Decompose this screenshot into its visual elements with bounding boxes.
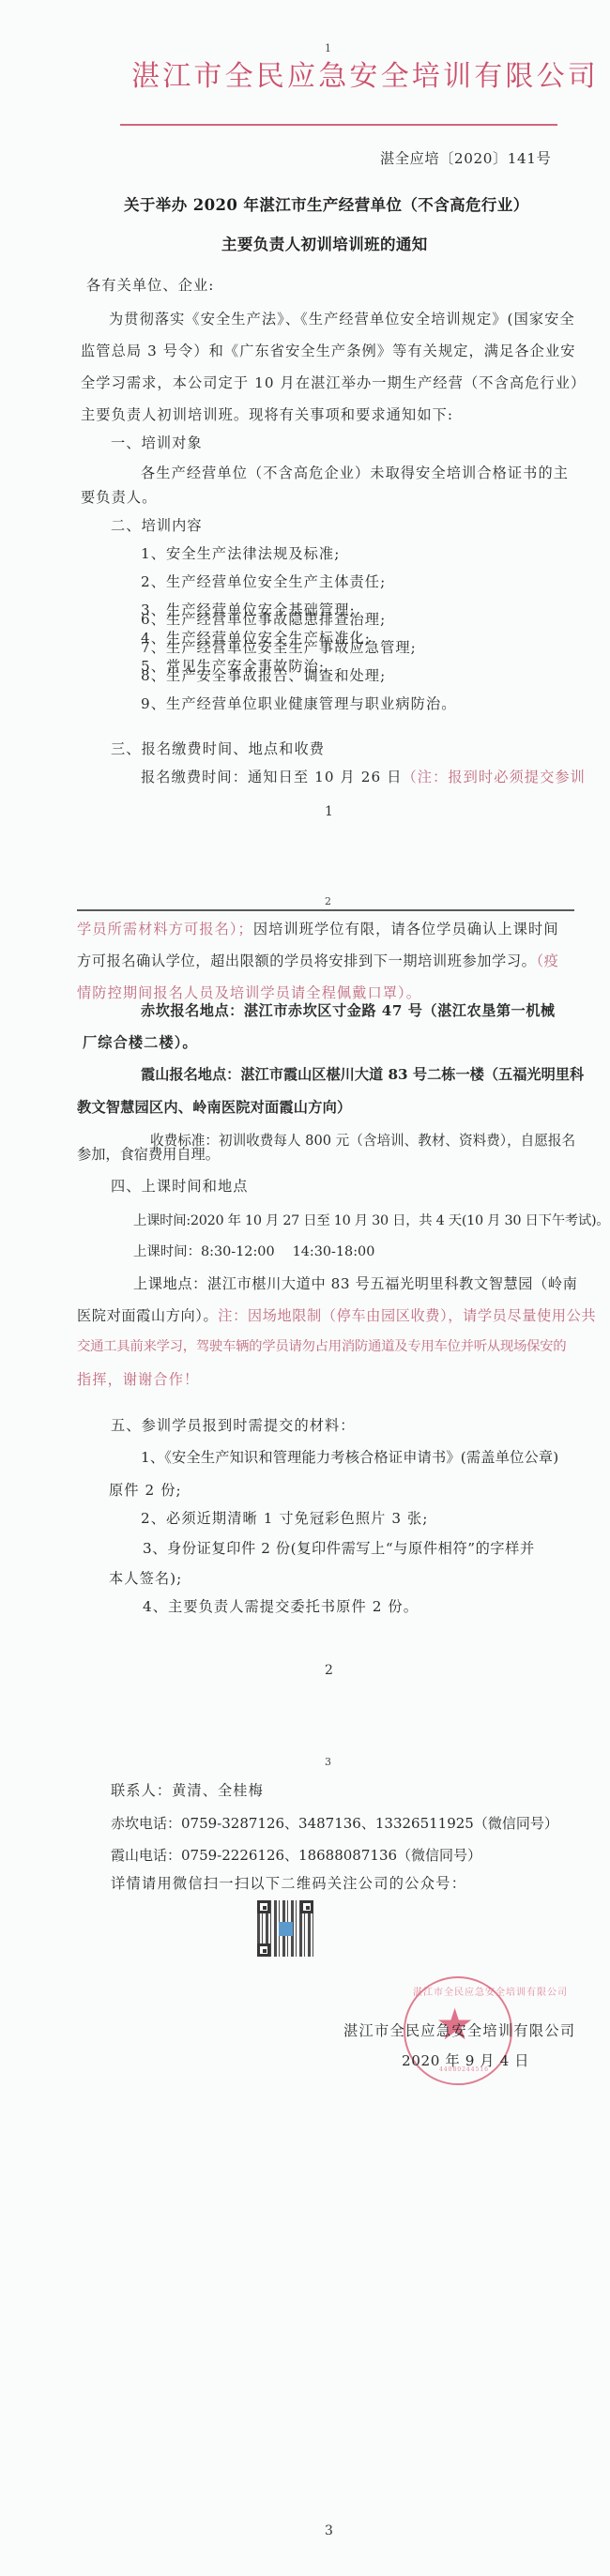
- intro-line: 全学习需求，本公司定于 10 月在湛江举办一期生产经营（不含高危行业）: [81, 373, 586, 392]
- wechat-prompt: 详情请用微信扫一扫以下二维码关注公司的公众号：: [111, 1874, 466, 1893]
- qr-finder-icon: [257, 1900, 270, 1913]
- signature-company: 湛江市全民应急安全培训有限公司: [343, 2021, 575, 2040]
- parking-note-cont: 指挥，谢谢合作！: [77, 1370, 199, 1389]
- list-item-6: 6、生产经营单位事故隐患排查治理;: [141, 610, 386, 629]
- section-heading: 三、报名缴费时间、地点和收费: [111, 739, 325, 758]
- wechat-qr-code[interactable]: [257, 1900, 313, 1957]
- material-item-cont: 原件 2 份;: [109, 1481, 182, 1500]
- registration-note-cont: 学员所需材料方可报名）；: [77, 921, 253, 937]
- seat-limit-line2: 方可报名确认学位，超出限额的学员将安排到下一期培训班参加学习。（疫: [77, 952, 558, 970]
- mask-note-line2: 情防控期间报名人员及培训学员请全程佩戴口罩）。: [77, 983, 421, 1002]
- section-body: 各生产经营单位（不含高危企业）未取得安全培训合格证书的主: [141, 464, 569, 482]
- material-item-cont: 本人签名);: [109, 1569, 182, 1588]
- intro-line: 主要负责人初训培训班。现将有关事项和要求通知如下:: [81, 405, 453, 424]
- list-item-9: 9、生产经营单位职业健康管理与职业病防治。: [141, 694, 457, 713]
- registration-continued: 学员所需材料方可报名）；因培训班学位有限，请各位学员确认上课时间: [77, 920, 559, 938]
- page-number-footer: 2: [325, 1663, 333, 1678]
- page-number-footer: 3: [325, 2523, 333, 2538]
- xiashan-location: 霞山报名地点：湛江市霞山区椹川大道 83 号二栋一楼（五福光明里科: [141, 1065, 584, 1084]
- qr-finder-icon: [257, 1943, 270, 1957]
- document-title-line1: 关于举办 2020 年湛江市生产经营单位（不含高危行业）: [124, 195, 529, 216]
- document-number: 湛全应培〔2020〕141号: [380, 149, 551, 168]
- class-hours: 上课时间：8:30-12:00 14:30-18:00: [133, 1242, 374, 1261]
- section-heading: 二、培训内容: [111, 516, 203, 535]
- contact-persons: 联系人：黄清、全桂梅: [111, 1781, 264, 1800]
- seat-limit-text: 因培训班学位有限，请各位学员确认上课时间: [253, 921, 559, 937]
- qr-logo-icon: [279, 1922, 293, 1936]
- page-1: [0, 0, 610, 858]
- list-item: 2、生产经营单位安全生产主体责任;: [141, 572, 386, 591]
- intro-line: 为贯彻落实《安全生产法》、《生产经营单位安全培训规定》(国家安全: [109, 310, 575, 328]
- mask-note: （疫: [536, 953, 558, 969]
- parking-note-cont: 交通工具前来学习，驾驶车辆的学员请勿占用消防通道及专用车位并听从现场保安的: [77, 1337, 566, 1356]
- fee-standard-cont: 参加，食宿费用自理。: [77, 1145, 220, 1164]
- class-venue-cont: 医院对面霞山方向）。注：因场地限制（停车由园区收费），请学员尽量使用公共: [77, 1306, 596, 1325]
- xiashan-location-cont: 教文智慧园区内、岭南医院对面霞山方向）: [77, 1098, 351, 1117]
- section-body: 要负责人。: [81, 488, 157, 507]
- registration-time-label: 报名缴费时间：通知日至 10 月 26 日: [141, 769, 403, 785]
- xiashan-phone: 霞山电话：0759-2226126、18688087136（微信同号）: [111, 1846, 481, 1865]
- page-rule: [77, 909, 574, 911]
- page-3: [0, 1714, 610, 2576]
- company-letterhead: 湛江市全民应急安全培训有限公司: [131, 58, 599, 96]
- list-item: 1、安全生产法律法规及标准;: [141, 544, 340, 563]
- seal-ring-text: 湛江市全民应急安全培训有限公司: [413, 1984, 568, 1998]
- intro-line: 监管总局 3 号令）和《广东省安全生产条例》等有关规定，满足各企业安: [81, 342, 576, 360]
- chikan-location: 赤坎报名地点：湛江市赤坎区寸金路 47 号（湛江农垦第一机械: [141, 1001, 556, 1020]
- material-item: 4、主要负责人需提交委托书原件 2 份。: [143, 1597, 419, 1616]
- page-marker-top: 3: [325, 1757, 331, 1768]
- page-number-footer: 1: [325, 804, 333, 819]
- material-item: 1、《安全生产知识和管理能力考核合格证申请书》(需盖单位公章): [141, 1448, 558, 1467]
- chikan-phone: 赤坎电话：0759-3287126、3487136、13326511925（微信…: [111, 1814, 558, 1833]
- salutation: 各有关单位、企业:: [86, 276, 215, 295]
- document-title-line2: 主要负责人初训培训班的通知: [221, 235, 428, 255]
- page-marker-top: 2: [325, 896, 331, 907]
- list-item-8: 8、生产安全事故报告、调查和处理;: [141, 666, 386, 685]
- material-item: 3、身份证复印件 2 份(复印件需写上“与原件相符”的字样并: [143, 1539, 535, 1558]
- parking-note: 注：因场地限制（停车由园区收费），请学员尽量使用公共: [218, 1307, 596, 1324]
- section-heading: 四、上课时间和地点: [111, 1177, 249, 1196]
- material-item: 2、必须近期清晰 1 寸免冠彩色照片 3 张;: [141, 1509, 429, 1528]
- qr-finder-icon: [300, 1900, 313, 1913]
- registration-note: （注：报到时必须提交参训: [403, 769, 586, 785]
- letterhead-rule: [120, 124, 557, 126]
- section-heading: 一、培训对象: [111, 434, 203, 452]
- section-heading: 五、参训学员报到时需提交的材料：: [111, 1416, 356, 1435]
- signature-date: 2020 年 9 月 4 日: [402, 2051, 529, 2070]
- list-item-7: 7、生产经营单位安全生产事故应急管理;: [141, 638, 417, 657]
- class-dates: 上课时间:2020 年 10 月 27 日至 10 月 30 日，共 4 天(1…: [133, 1212, 609, 1230]
- registration-time: 报名缴费时间：通知日至 10 月 26 日（注：报到时必须提交参训: [141, 768, 586, 786]
- class-venue: 上课地点：湛江市椹川大道中 83 号五福光明里科教文智慧园（岭南: [133, 1274, 577, 1293]
- chikan-location-cont: 厂综合楼二楼）。: [83, 1033, 198, 1052]
- page-marker-top: 1: [325, 43, 331, 54]
